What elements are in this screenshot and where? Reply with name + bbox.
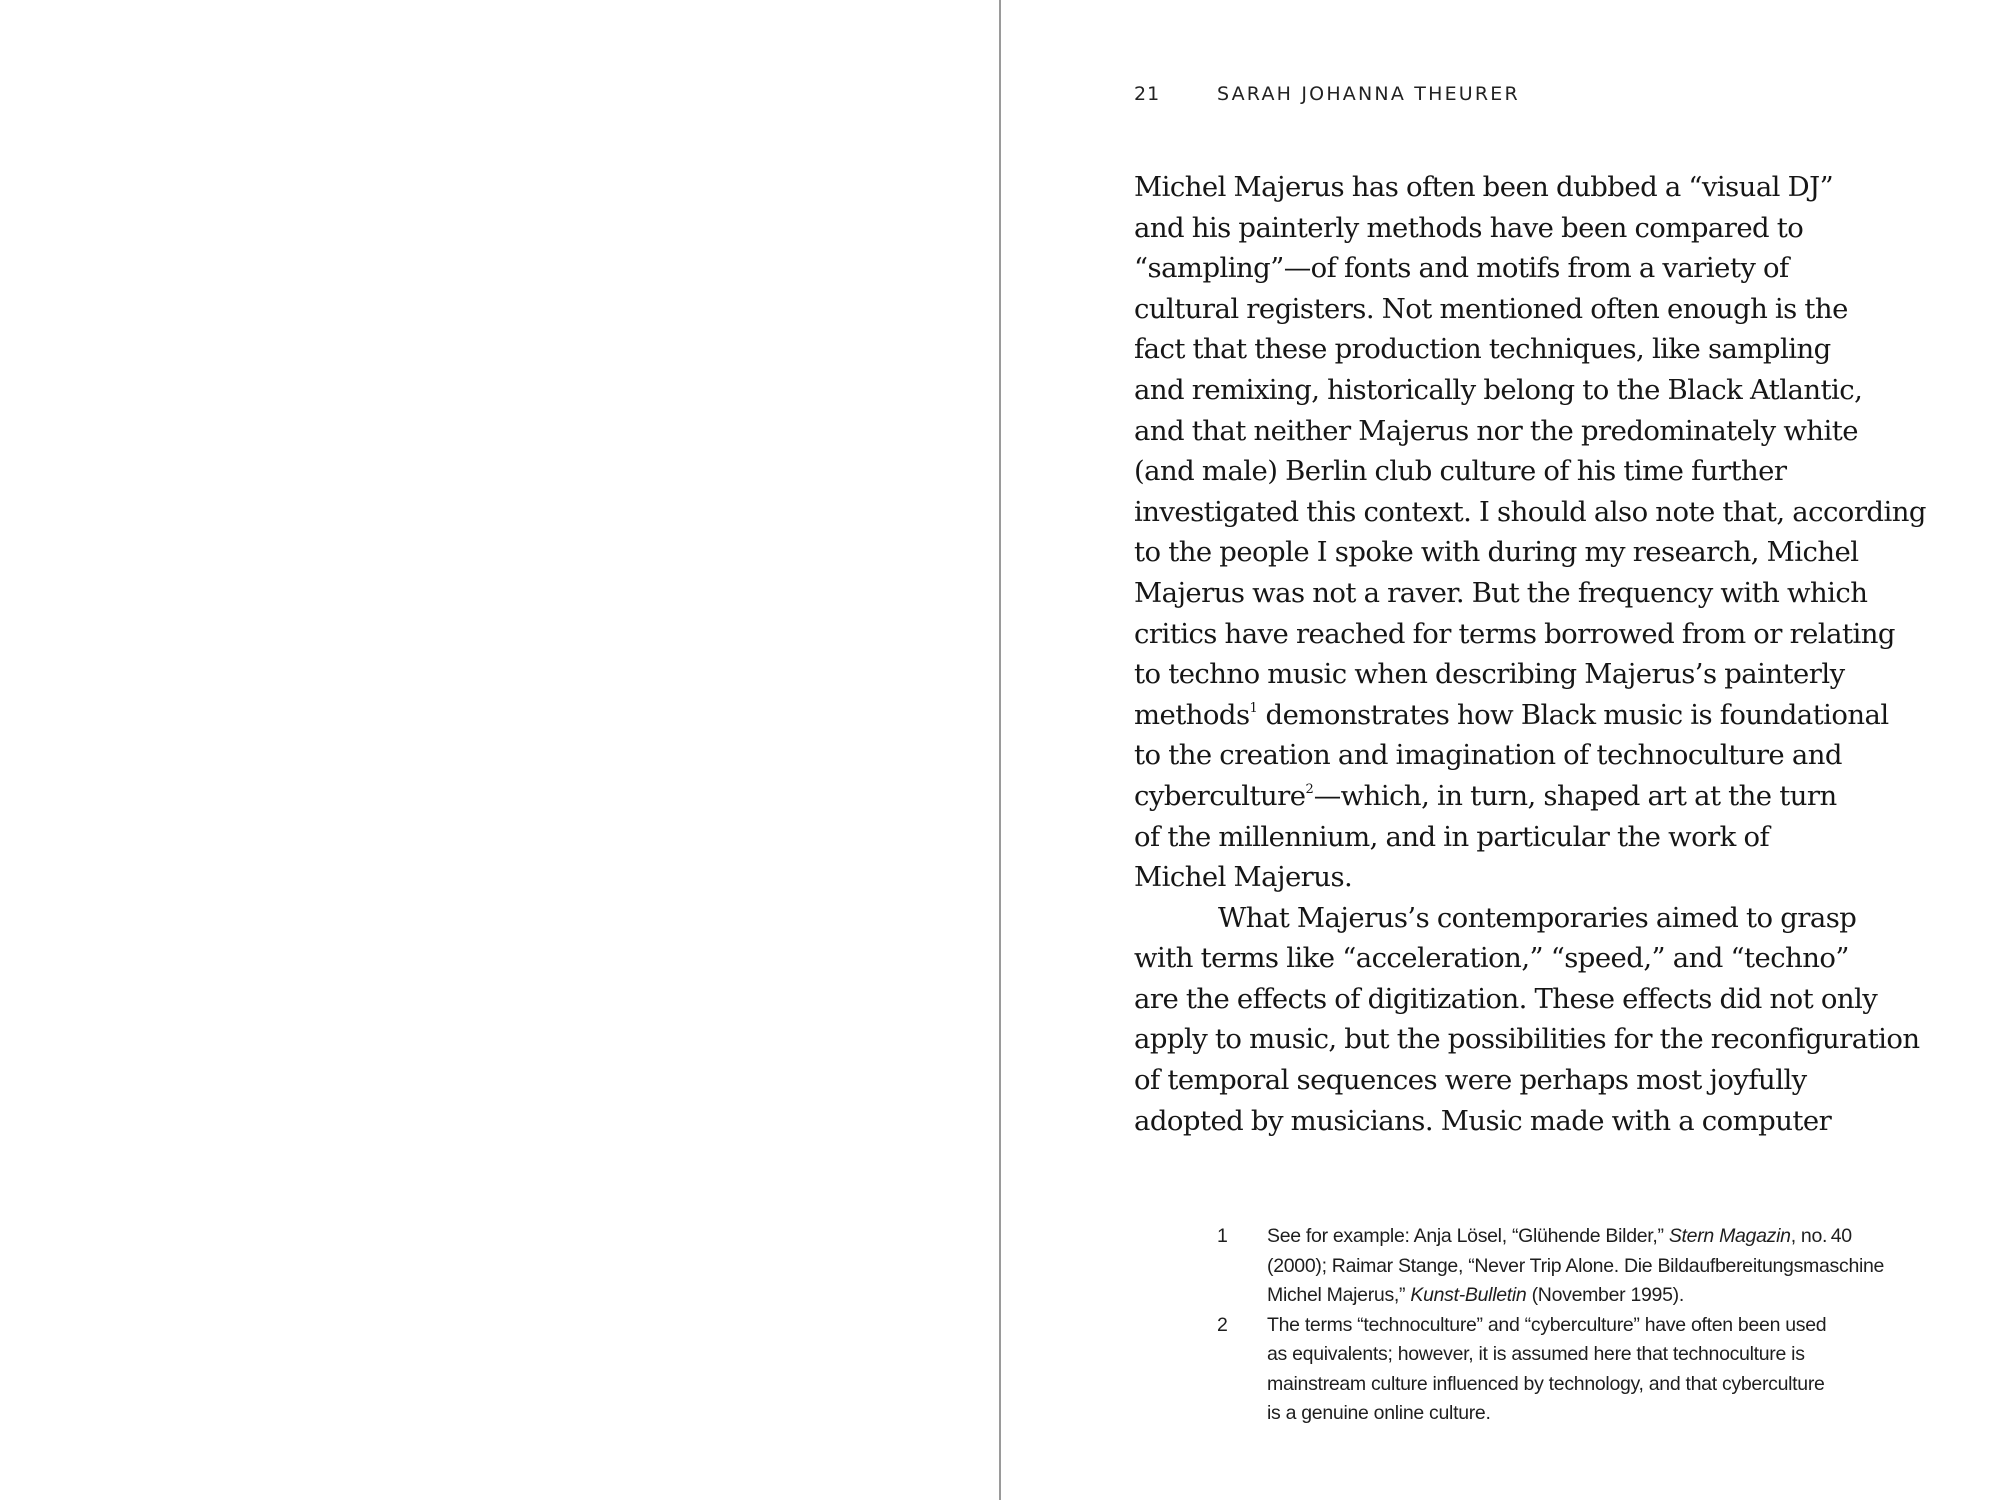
text-line: cultural registers. Not mentioned often … [1134,289,1934,330]
footnote-number: 1 [1217,1222,1247,1252]
text-line: and his painterly methods have been comp… [1134,208,1934,249]
footnote-line: (2000); Raimar Stange, “Never Trip Alone… [1267,1252,1917,1282]
footnote-1: 1See for example: Anja Lösel, “Glühende … [1217,1222,1917,1311]
text-line: cyberculture2—which, in turn, shaped art… [1134,776,1934,817]
text-line: to techno music when describing Majerus’… [1134,654,1934,695]
text-line: are the effects of digitization. These e… [1134,979,1934,1020]
footnote-line: The terms “technoculture” and “cybercult… [1267,1311,1917,1341]
text-line: “sampling”—of fonts and motifs from a va… [1134,248,1934,289]
text-line: adopted by musicians. Music made with a … [1134,1101,1934,1142]
text-line: methods1 demonstrates how Black music is… [1134,695,1934,736]
text-line: to the creation and imagination of techn… [1134,735,1934,776]
text-line: of the millennium, and in particular the… [1134,817,1934,858]
text-line: of temporal sequences were perhaps most … [1134,1060,1934,1101]
running-head: 21SARAH JOHANNA THEURER [1134,82,1520,106]
publication-title: Kunst-Bulletin [1410,1284,1526,1306]
text-line: (and male) Berlin club culture of his ti… [1134,451,1934,492]
footnote-reference[interactable]: 1 [1250,701,1258,716]
text-line: investigated this context. I should also… [1134,492,1934,533]
text-line: and that neither Majerus nor the predomi… [1134,411,1934,452]
text-line: Michel Majerus has often been dubbed a “… [1134,167,1934,208]
footnote-reference[interactable]: 2 [1305,782,1313,797]
text-line: What Majerus’s contemporaries aimed to g… [1134,898,1934,939]
text-line: Majerus was not a raver. But the frequen… [1134,573,1934,614]
page-number: 21 [1134,82,1217,106]
footnotes: 1See for example: Anja Lösel, “Glühende … [1217,1222,1917,1429]
text-line: critics have reached for terms borrowed … [1134,614,1934,655]
left-page-blank [0,0,999,1500]
text-line: to the people I spoke with during my res… [1134,532,1934,573]
footnote-line: mainstream culture influenced by technol… [1267,1370,1917,1400]
text-line: fact that these production techniques, l… [1134,329,1934,370]
body-text: Michel Majerus has often been dubbed a “… [1134,167,1934,1141]
author-name: SARAH JOHANNA THEURER [1217,83,1520,105]
publication-title: Stern Magazin [1669,1225,1791,1247]
footnote-line: Michel Majerus,” Kunst-Bulletin (Novembe… [1267,1281,1917,1311]
book-spread: 21SARAH JOHANNA THEURER Michel Majerus h… [0,0,2000,1500]
text-line: apply to music, but the possibilities fo… [1134,1019,1934,1060]
footnote-line: is a genuine online culture. [1267,1399,1917,1429]
right-page: 21SARAH JOHANNA THEURER Michel Majerus h… [1001,0,2000,1500]
footnote-line: as equivalents; however, it is assumed h… [1267,1340,1917,1370]
footnote-2: 2The terms “technoculture” and “cybercul… [1217,1311,1917,1429]
footnote-line: See for example: Anja Lösel, “Glühende B… [1267,1222,1917,1252]
text-line: Michel Majerus. [1134,857,1934,898]
paragraph: Michel Majerus has often been dubbed a “… [1134,167,1934,898]
text-line: and remixing, historically belong to the… [1134,370,1934,411]
footnote-number: 2 [1217,1311,1247,1341]
text-line: with terms like “acceleration,” “speed,”… [1134,938,1934,979]
paragraph: What Majerus’s contemporaries aimed to g… [1134,898,1934,1142]
